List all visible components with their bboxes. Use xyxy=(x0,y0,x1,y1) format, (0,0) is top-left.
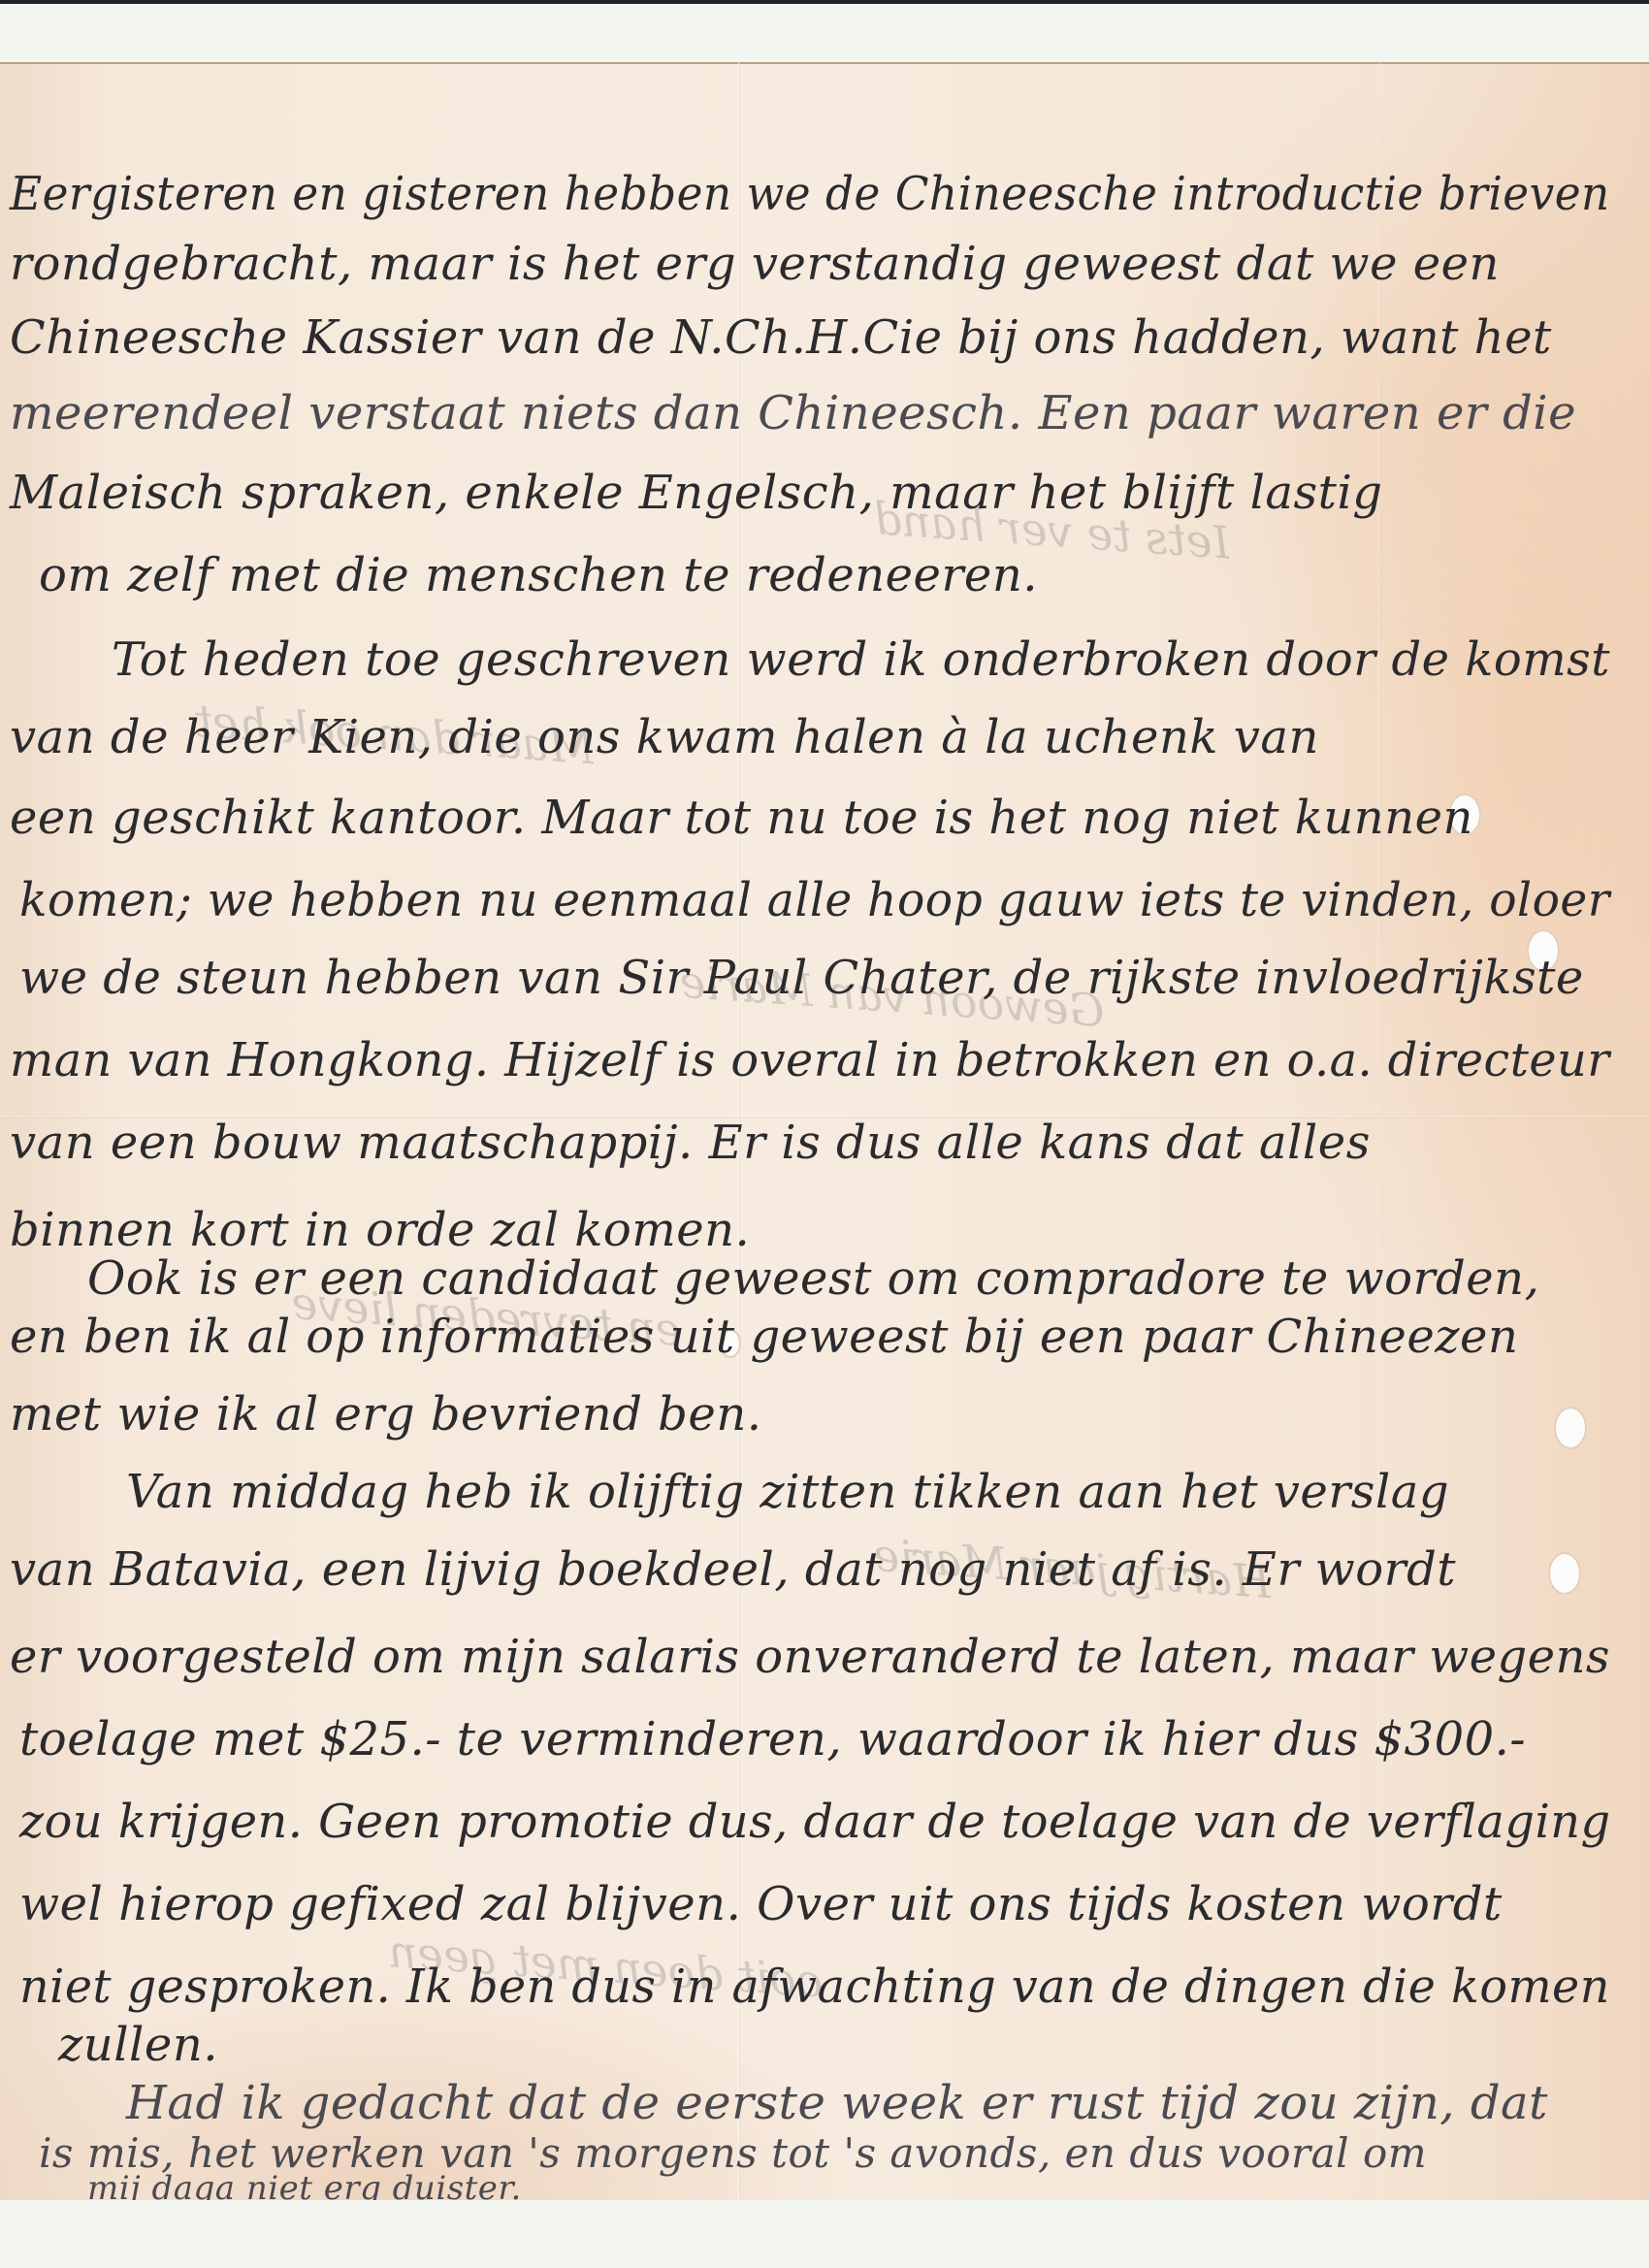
letter-line-4: meerendeel verstaat niets dan Chineesch.… xyxy=(10,386,1576,440)
letter-line-12: man van Hongkong. Hijzelf is overal in b… xyxy=(10,1033,1610,1087)
letter-line-21: toelage met $25.- te verminderen, waardo… xyxy=(19,1712,1526,1766)
scan-margin-bottom xyxy=(0,2200,1649,2268)
letter-line-17: met wie ik al erg bevriend ben. xyxy=(10,1387,761,1442)
letter-line-5: Maleisch spraken, enkele Engelsch, maar … xyxy=(10,466,1383,520)
letter-line-9: een geschikt kantoor. Maar tot nu toe is… xyxy=(10,791,1473,845)
letter-line-7: Tot heden toe geschreven werd ik onderbr… xyxy=(112,632,1610,687)
letter-line-24: niet gesproken. Ik ben dus in afwachting… xyxy=(19,1960,1610,2014)
letter-line-22: zou krijgen. Geen promotie dus, daar de … xyxy=(19,1795,1611,1849)
letter-line-19: van Batavia, een lijvig boekdeel, dat no… xyxy=(10,1542,1456,1597)
punch-hole xyxy=(1548,1552,1581,1595)
letter-line-13: van een bouw maatschappij. Er is dus all… xyxy=(10,1116,1371,1170)
punch-hole xyxy=(1554,1407,1587,1449)
letter-line-23: wel hierop gefixed zal blijven. Over uit… xyxy=(19,1877,1503,1931)
letter-line-20: er voorgesteld om mijn salaris onverande… xyxy=(10,1630,1610,1684)
letter-line-26: Had ik gedacht dat de eerste week er rus… xyxy=(126,2076,1548,2130)
letter-line-15: Ook is er een candidaat geweest om compr… xyxy=(87,1251,1539,1306)
letter-line-25: zullen. xyxy=(58,2018,218,2072)
letter-line-2: rondgebracht, maar is het erg verstandig… xyxy=(10,237,1500,291)
letter-line-14: binnen kort in orde zal komen. xyxy=(10,1203,750,1257)
letter-line-18: Van middag heb ik olijftig zitten tikken… xyxy=(126,1465,1449,1519)
letter-line-8: van de heer Kien, die ons kwam halen à l… xyxy=(10,710,1319,764)
letter-line-6: om zelf met die menschen te redeneeren. xyxy=(39,548,1038,602)
letter-line-11: we de steun hebben van Sir Paul Chater, … xyxy=(19,951,1584,1005)
letter-line-16: en ben ik al op informaties uit geweest … xyxy=(10,1310,1518,1364)
letter-line-3: Chineesche Kassier van de N.Ch.H.Cie bij… xyxy=(10,310,1552,365)
scan-margin-top xyxy=(0,4,1649,62)
letter-line-10: komen; we hebben nu eenmaal alle hoop ga… xyxy=(19,873,1610,927)
letter-line-1: Eergisteren en gisteren hebben we de Chi… xyxy=(10,167,1610,221)
